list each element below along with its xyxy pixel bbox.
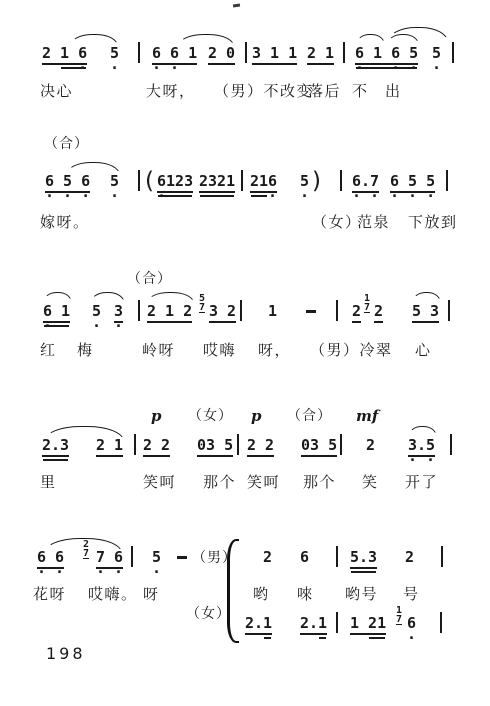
phrase-paren: ) [312,168,321,194]
lyric-text: 岭呀 [142,341,175,359]
slur-arc [356,34,385,45]
note-group: 6123· [157,173,193,193]
lyric-text: （男）不改变 [214,82,313,100]
voice-bracket [227,539,239,643]
barline [138,300,140,321]
note-group: 6.7· · [352,173,379,193]
note-digits: 3 1 1 [252,45,297,65]
note-digits: 2.1 [300,615,327,635]
note-digits: 03 5 [197,437,233,457]
barline [241,170,243,191]
note-digits: 2 [405,549,414,567]
grace-digit: 7 [396,615,402,625]
slur-arc [70,34,118,46]
grace-note: 17 [396,606,402,625]
note-digits: 6 [300,549,309,567]
octave-dots: · · · [355,63,418,73]
barline [448,300,450,321]
note-digits: 2 [263,549,272,567]
note-digits: 2 1 2 [147,303,192,323]
lyric-text: 开了 [405,473,438,491]
slur-arc [147,292,194,303]
barline [336,546,338,567]
note-group: 03 5 [197,437,233,457]
note-group: 3· [114,303,123,323]
note-group: 3 1 1 [252,45,297,65]
note-digits: 2 1 [307,45,334,65]
note-group: 6· [407,615,416,633]
page-number: 198 [46,644,86,663]
note-group: 2 [352,303,361,323]
note-group: 5· [110,173,119,191]
slur-arc [43,292,72,303]
note-group: 6 5 6· · · [45,173,90,193]
lyric-text: 笑呵 [143,473,176,491]
note-group: 2 [263,549,272,567]
role-label: （合） [127,271,172,287]
octave-dots: · [300,191,309,201]
lyric-text: 笑呵 [247,473,280,491]
slur-arc [412,292,441,303]
barline [336,612,338,633]
note-digits: 2 0 [208,45,235,65]
lyric-text: 花呀 [33,585,66,603]
lyric-text: 落后 [308,82,341,100]
lyric-text: 里 [40,473,57,491]
slur-arc [44,538,122,553]
note-group: 2 [374,303,383,323]
barline [336,300,338,321]
barline [441,546,443,567]
octave-dots: · [43,321,52,331]
octave-dots: · [42,63,87,73]
lyric-text: 号 [403,585,420,603]
lyric-text: （男）冷翠 [310,341,393,359]
lyric-text: 范泉 [357,213,390,231]
barline [240,300,242,321]
octave-dots: · · [152,63,179,73]
lyric-text: 嫁呀。 [40,213,90,231]
octave-dots: · [110,191,119,201]
octave-dots: · [157,191,166,201]
lyric-text: 笑 [362,473,379,491]
lyric-text: 呀， [258,341,291,359]
print-artifact [233,4,240,8]
octave-dots: · · [408,455,435,465]
lyric-text: 心 [415,341,432,359]
note-group: 6 [300,549,309,567]
note-group: 2 1 2 [147,303,192,323]
barline [138,170,140,191]
role-label: （合） [44,136,89,152]
note-digits: 2 [366,437,375,455]
note-digits: 5 3 [412,303,439,323]
lyric-text: 那个 [203,473,236,491]
note-group: 2.1 [245,615,272,635]
octave-dots: · [114,321,123,331]
octave-dots: · [407,633,416,643]
dynamic-mark: p [151,408,162,424]
barline [440,612,442,633]
slur-arc [90,292,125,304]
octave-dots: · · [352,191,379,201]
note-digits: 1 [268,303,277,321]
dynamic-mark: mf [356,408,378,424]
note-group: 2 1 [307,45,334,65]
octave-dots: · · [37,567,64,577]
note-group: 3.5· · [408,437,435,457]
note-digits: 2 [352,303,361,323]
note-digits: 2321 [199,173,235,193]
note-group: 5· [152,549,161,567]
grace-note: 57 [199,294,205,313]
beam-line [319,637,326,639]
octave-dots: · · · [45,191,90,201]
note-group: 3 2 [209,303,236,323]
note-digits: 1 21 [350,615,386,635]
beam-line [43,459,68,461]
note-digits: 03 5 [301,437,337,457]
note-group: 2321 [199,173,235,193]
note-group: 6 5 5· · · [390,173,435,193]
note-group: 2 1 6 · [42,45,87,65]
grace-note: 17 [364,294,370,313]
note-digits: 2 [374,303,383,323]
barline [446,170,448,191]
beam-line [200,195,234,197]
phrase-paren: ( [145,168,154,194]
note-digits: 2.1 [245,615,272,635]
dash-note [306,310,316,313]
slur-arc [388,27,448,42]
barline [131,546,133,567]
note-group: 2.1 [300,615,327,635]
slur-arc [66,162,120,175]
note-group: 1 [268,303,277,321]
lyric-text: 哟号 [345,585,378,603]
barline [340,170,342,191]
role-label: （女） [188,408,233,424]
barline [340,434,342,455]
barline [138,42,140,63]
lyric-text: 决心 [40,82,73,100]
note-group: 1 21 [350,615,386,635]
note-group: 5· [300,173,309,191]
octave-dots: · [432,63,441,73]
note-digits: 2 2 [143,437,170,457]
note-group: 2 [366,437,375,455]
note-group: 03 5 [301,437,337,457]
role-label: （女） [186,606,231,622]
lyric-text: 出 [385,82,402,100]
barline [452,42,454,63]
note-digits: 5.3 [350,549,377,569]
lyric-text: 那个 [303,473,336,491]
lyric-text: （女） [312,213,362,231]
note-group: 5· [110,45,119,63]
lyric-text: 红 [40,341,57,359]
note-group: 6 1· [43,303,70,323]
lyric-text: 哎嗨 [203,341,236,359]
lyric-text: 不 [352,82,369,100]
score-page: 2 1 6 ·5·6 6 1· ·2 03 1 12 16 1 6 5· · ·… [0,0,490,706]
barline [245,42,247,63]
octave-dots: · [250,191,277,201]
octave-dots: · · [96,567,123,577]
slur-arc [408,426,437,437]
barline [237,434,239,455]
barline [450,434,452,455]
grace-digit: 7 [199,303,205,313]
note-group: 2 2 [143,437,170,457]
lyric-text: 下放到 [408,213,458,231]
role-label: （合） [287,408,332,424]
lyric-text: 大呀， [146,82,196,100]
note-digits: 2 2 [247,437,274,457]
slur-arc [178,34,234,46]
note-group: 5 3 [412,303,439,323]
note-group: 2 2 [247,437,274,457]
octave-dots: · · · [390,191,435,201]
lyric-text: 梅 [77,341,94,359]
lyric-text: 哎嗨。 [88,585,138,603]
slur-arc [44,426,124,441]
beam-line [264,637,271,639]
lyric-text: 哟 [253,585,270,603]
note-group: 2 0 [208,45,235,65]
note-group: 6 1 6 5· · · [355,45,418,65]
beam-line [351,571,376,573]
note-group: 5· [432,45,441,63]
grace-digit: 7 [364,303,370,313]
note-group: 216 · [250,173,277,193]
lyric-text: 唻 [297,585,314,603]
octave-dots: · [152,567,161,577]
note-group: 6 6 1· · [152,45,197,65]
lyric-text: 呀 [143,585,160,603]
barline [134,434,136,455]
note-group: 2 [405,549,414,567]
beam-line [369,637,385,639]
note-group: 5· [92,303,101,321]
barline [343,42,345,63]
dash-note [177,556,187,559]
note-digits: 3 2 [209,303,236,323]
octave-dots: · [92,321,101,331]
dynamic-mark: p [251,408,262,424]
note-group: 5.3 [350,549,377,569]
octave-dots: · [110,63,119,73]
